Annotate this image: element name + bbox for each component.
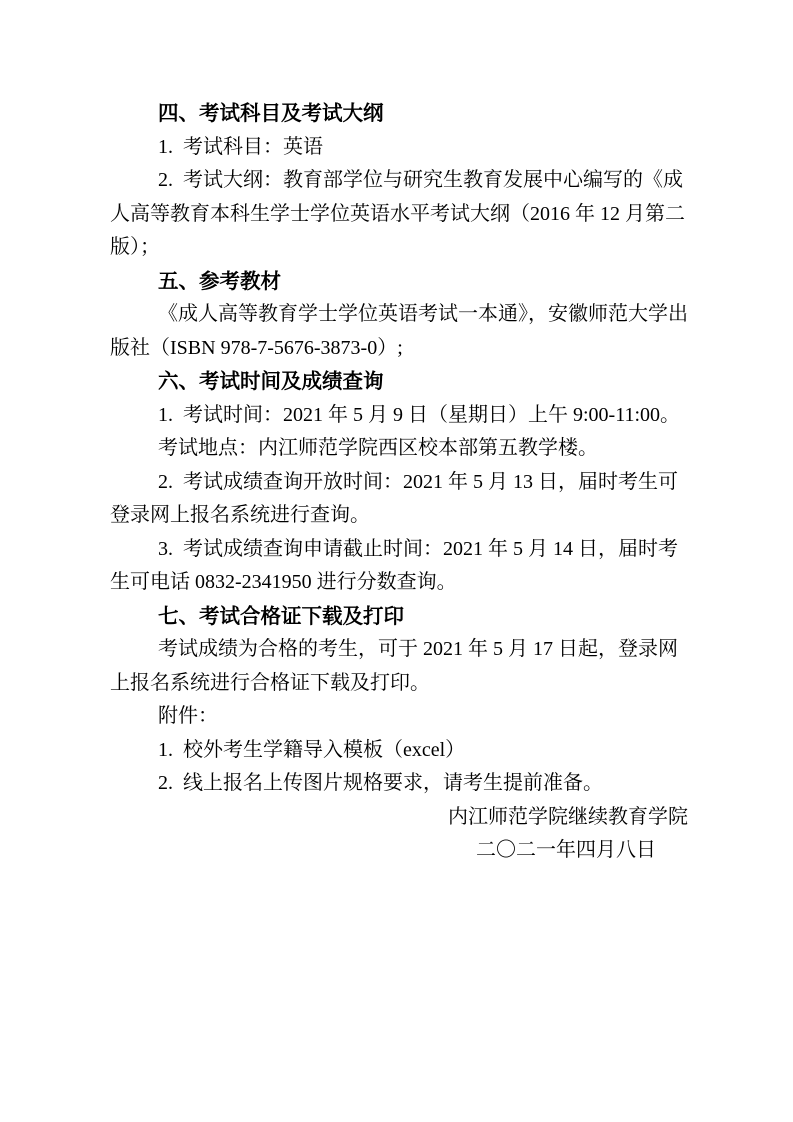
signature-org: 内江师范学院继续教育学院 — [110, 801, 688, 835]
text-line: 《成人高等教育学士学位英语考试一本通》，安徽师范大学出 — [110, 298, 666, 332]
text-line: 上报名系统进行合格证下载及打印。 — [110, 667, 666, 701]
section-heading: 六、考试时间及成绩查询 — [110, 365, 666, 399]
text-line: 登录网上报名系统进行查询。 — [110, 499, 666, 533]
text-line: 附件： — [110, 700, 666, 734]
text-line: 1. 校外考生学籍导入模板（excel） — [110, 734, 666, 768]
text-line: 考试成绩为合格的考生，可于 2021 年 5 月 17 日起，登录网 — [110, 633, 666, 667]
text-line: 2. 线上报名上传图片规格要求，请考生提前准备。 — [110, 767, 666, 801]
signature-date: 二〇二一年四月八日 — [110, 834, 656, 868]
text-line: 1. 考试时间：2021 年 5 月 9 日（星期日）上午 9:00-11:00… — [110, 399, 666, 433]
text-line: 2. 考试大纲：教育部学位与研究生教育发展中心编写的《成 — [110, 164, 666, 198]
text-line: 考试地点：内江师范学院西区校本部第五教学楼。 — [110, 432, 666, 466]
text-line: 3. 考试成绩查询申请截止时间：2021 年 5 月 14 日，届时考 — [110, 533, 666, 567]
text-line: 人高等教育本科生学士学位英语水平考试大纲（2016 年 12 月第二 — [110, 198, 666, 232]
section-heading: 五、参考教材 — [110, 265, 666, 299]
text-line: 1. 考试科目：英语 — [110, 131, 666, 165]
text-line: 版）； — [110, 231, 666, 265]
text-line: 版社（ISBN 978-7-5676-3873-0）; — [110, 332, 666, 366]
text-line: 2. 考试成绩查询开放时间：2021 年 5 月 13 日，届时考生可 — [110, 466, 666, 500]
document-page: 四、考试科目及考试大纲1. 考试科目：英语2. 考试大纲：教育部学位与研究生教育… — [0, 0, 793, 1122]
document-content: 四、考试科目及考试大纲1. 考试科目：英语2. 考试大纲：教育部学位与研究生教育… — [110, 97, 666, 868]
section-heading: 四、考试科目及考试大纲 — [110, 97, 666, 131]
text-line: 生可电话 0832-2341950 进行分数查询。 — [110, 566, 666, 600]
section-heading: 七、考试合格证下载及打印 — [110, 600, 666, 634]
